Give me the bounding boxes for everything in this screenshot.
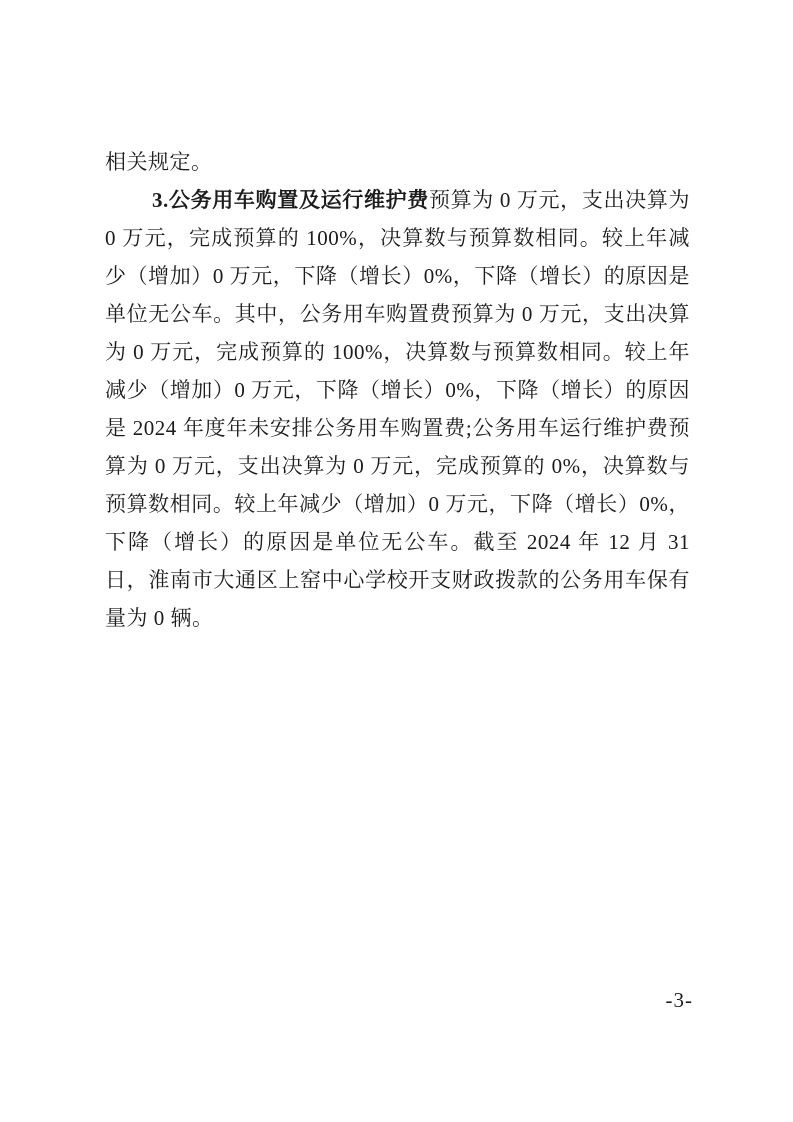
page-number: -3- [666,988,694,1012]
document-page: 相关规定。 3.公务用车购置及运行维护费预算为 0 万元，支出决算为 0 万元，… [0,0,793,1122]
paragraph-vehicle-expense: 3.公务用车购置及运行维护费预算为 0 万元，支出决算为 0 万元，完成预算的 … [105,181,690,637]
document-body: 相关规定。 3.公务用车购置及运行维护费预算为 0 万元，支出决算为 0 万元，… [105,143,690,637]
paragraph-bold-heading: 3.公务用车购置及运行维护费 [152,188,429,212]
paragraph-previous-ending: 相关规定。 [105,143,690,181]
paragraph-body-text: 预算为 0 万元，支出决算为 0 万元，完成预算的 100%，决算数与预算数相同… [105,188,690,630]
